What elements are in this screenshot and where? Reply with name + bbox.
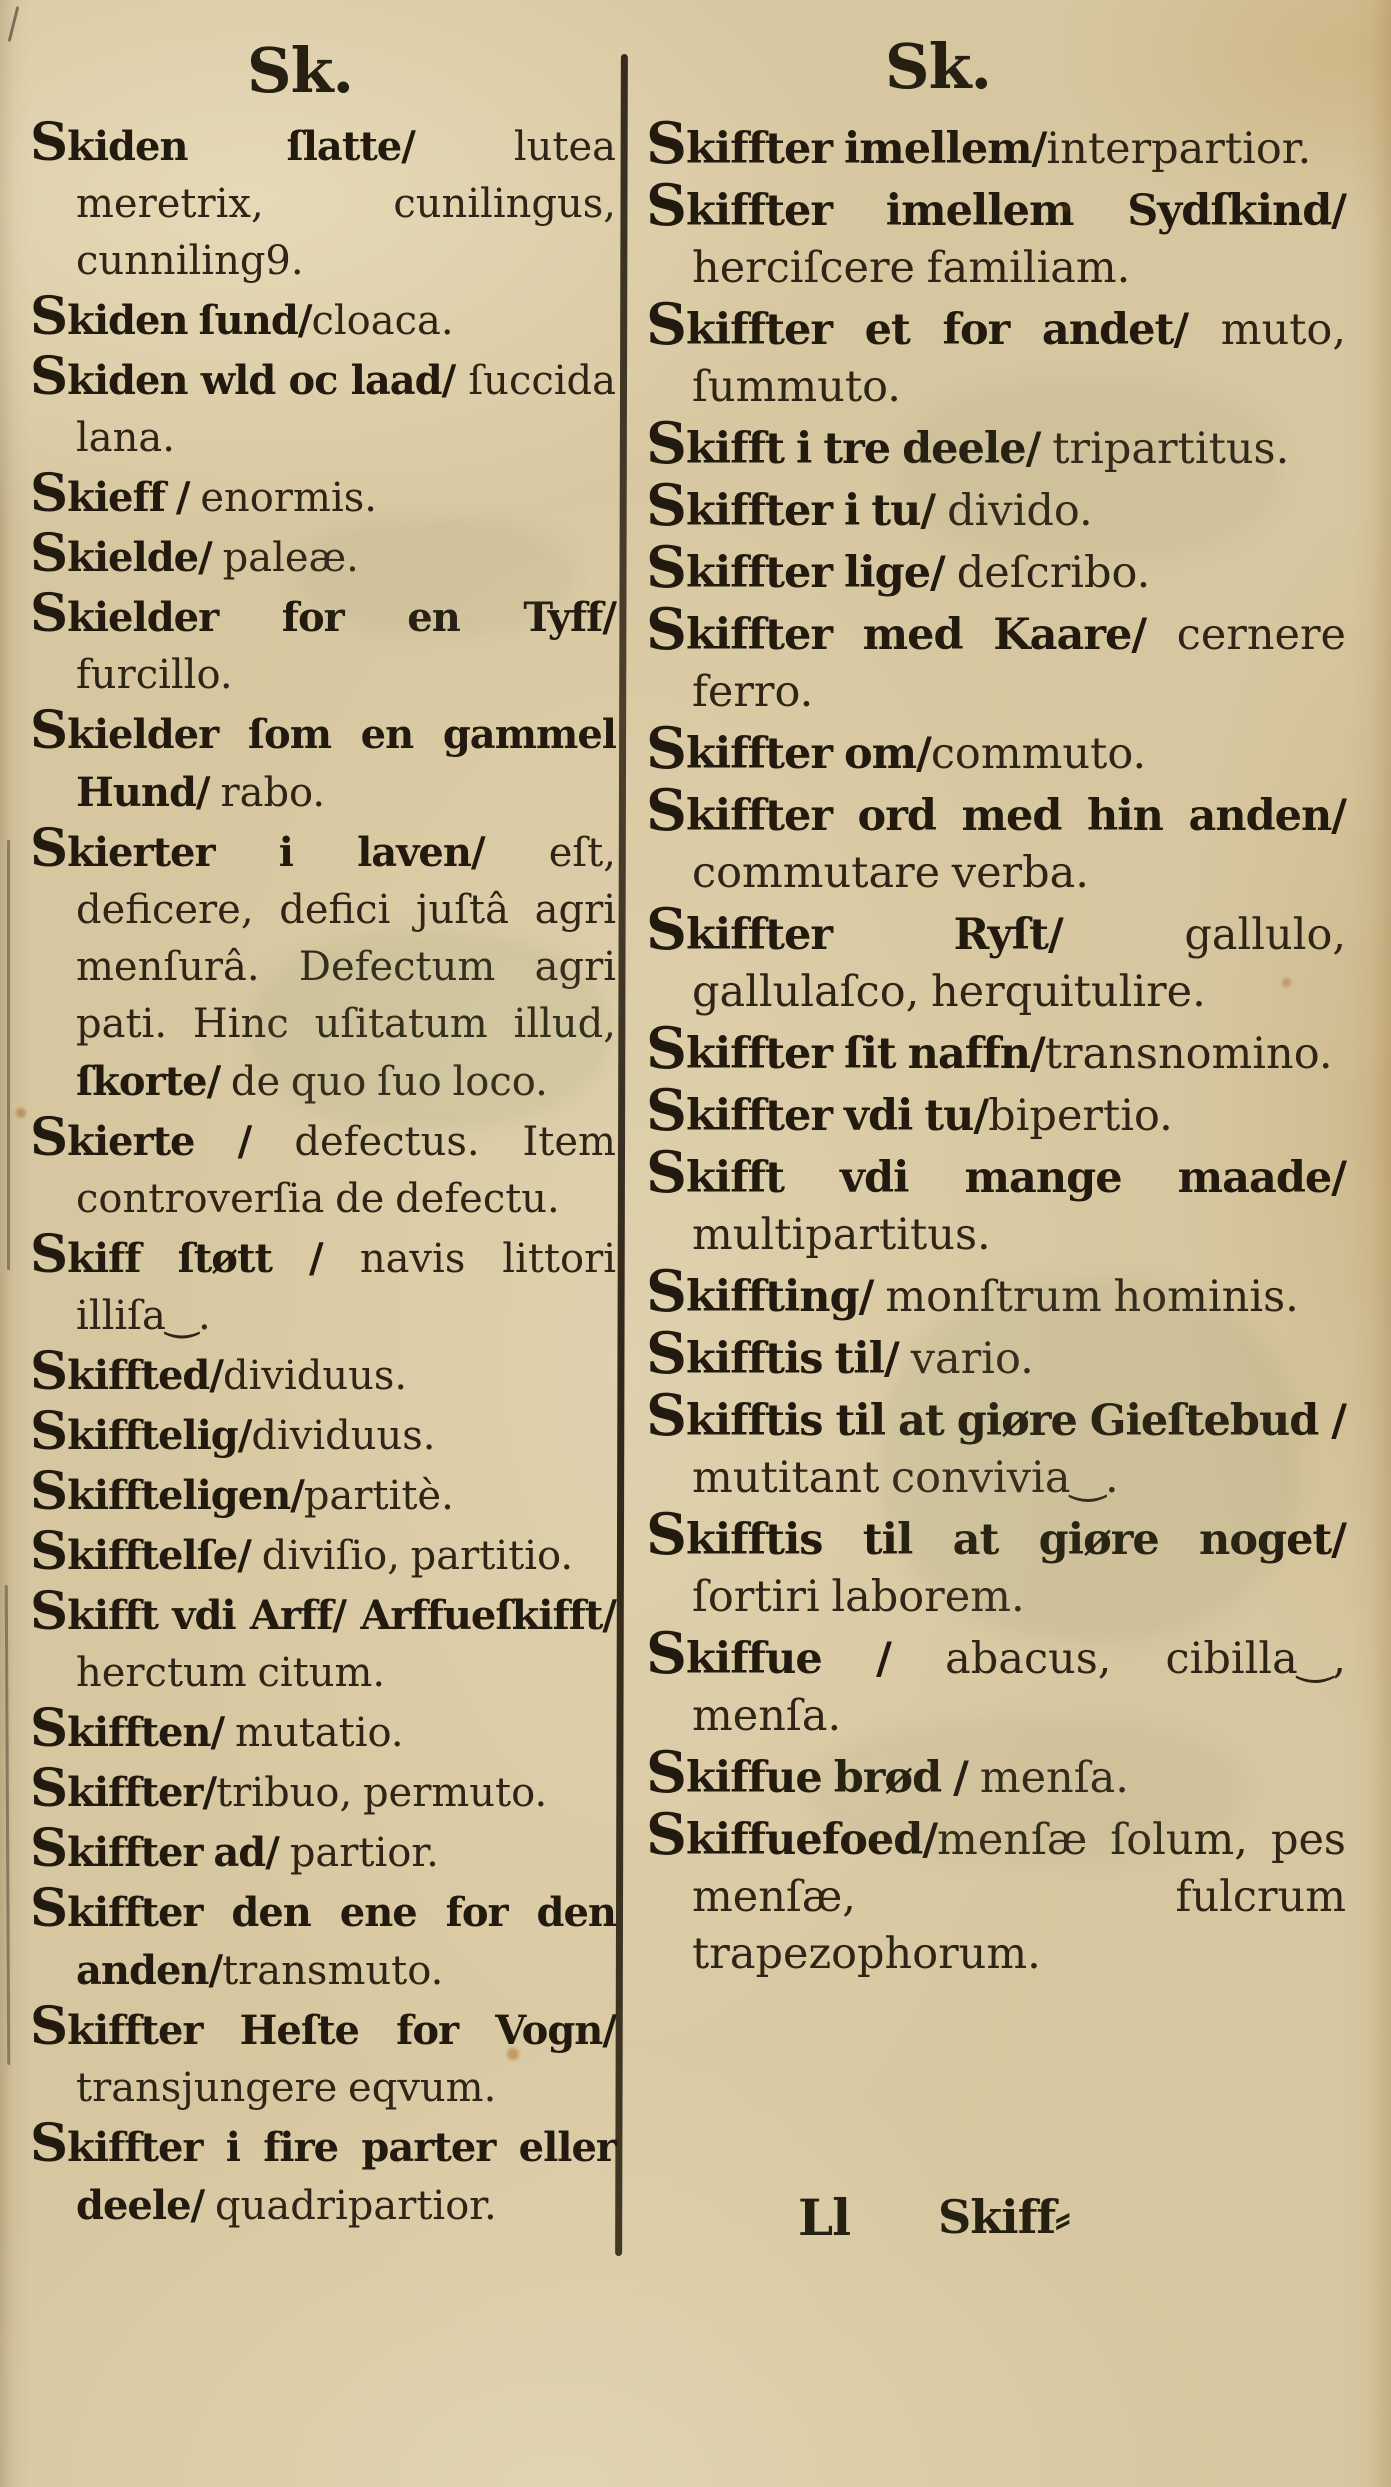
- headword: Skieff /: [30, 474, 200, 521]
- definition: mutatio.: [235, 1710, 404, 1756]
- dictionary-entry: Skiffter lige/ deſcribo.: [646, 540, 1346, 602]
- definition: rabo.: [220, 770, 325, 816]
- definition: transnomino.: [1045, 1029, 1333, 1079]
- headword: Skiffuefoed/: [646, 1815, 937, 1865]
- dictionary-entry: Skifftis til/ vario.: [646, 1326, 1346, 1388]
- dictionary-entry: Skielde/ paleæ.: [30, 527, 616, 587]
- page-edge-line: [5, 1585, 11, 2065]
- definition: partior.: [290, 1830, 439, 1876]
- definition: paleæ.: [223, 535, 359, 581]
- dictionary-entry: Skifft vdi mange maade/ multipartitus.: [646, 1145, 1346, 1264]
- dictionary-entry: Skiffter et for andet/ muto, ſummuto.: [646, 297, 1346, 416]
- catchword: Skiff⸗: [938, 2190, 1069, 2244]
- dictionary-entry: Skierter i laven/ eſt, deficere, defici …: [30, 822, 616, 1111]
- column-right: Skiffter imellem/interpartior.Skiffter i…: [646, 116, 1346, 1983]
- dictionary-entry: Skiffteligen/partitè.: [30, 1465, 616, 1525]
- dictionary-page: Sk. Sk. Skiden ſlatte/ lutea meretrix, c…: [0, 0, 1391, 2487]
- dictionary-entry: Skiffter imellem Sydſkind/ herciſcere fa…: [646, 178, 1346, 297]
- headword: Skiffter imellem/: [646, 124, 1046, 174]
- headword: Skiffter ord med hin anden/: [646, 791, 1346, 841]
- definition: ſortiri laborem.: [692, 1572, 1025, 1622]
- dictionary-entry: Skifftis til at giøre Gieſtebud / mutita…: [646, 1388, 1346, 1507]
- dictionary-entry: Skiffter ſit naffn/transnomino.: [646, 1021, 1346, 1083]
- headword: Skiffue brød /: [646, 1753, 980, 1803]
- definition: herciſcere familiam.: [692, 243, 1130, 293]
- headword: Skiffue /: [646, 1634, 945, 1684]
- quire-signature: Ll: [798, 2188, 850, 2247]
- definition: transmuto.: [222, 1948, 443, 1994]
- dictionary-entry: Skiffter den ene for den anden/transmuto…: [30, 1882, 616, 2000]
- headword: Skifft vdi mange maade/: [646, 1153, 1346, 1203]
- pen-mark: [8, 6, 20, 42]
- embedded-headword: ſkorte/: [76, 1058, 220, 1105]
- dictionary-entry: Skiffter med Kaare/ cernere ferro.: [646, 602, 1346, 721]
- dictionary-entry: Skielder for en Tyff/ furcillo.: [30, 587, 616, 704]
- dictionary-entry: Skifften/ mutatio.: [30, 1702, 616, 1762]
- headword: Skiffter/: [30, 1769, 216, 1816]
- dictionary-entry: Skiffted/dividuus.: [30, 1345, 616, 1405]
- definition: quadripartior.: [215, 2183, 497, 2229]
- headword: Skiffter Ryſt/: [646, 910, 1184, 960]
- definition: bipertio.: [988, 1091, 1173, 1141]
- dictionary-entry: Skielder ſom en gammel Hund/ rabo.: [30, 704, 616, 822]
- definition: monſtrum hominis.: [885, 1272, 1299, 1322]
- dictionary-entry: Skieff / enormis.: [30, 467, 616, 527]
- dictionary-entry: Skiff ſtøtt / navis littori illiſa‿.: [30, 1228, 616, 1345]
- headword: Skifften/: [30, 1709, 235, 1756]
- headword: Skifftis til at giøre Gieſtebud /: [646, 1396, 1346, 1446]
- definition: commutare verba.: [692, 848, 1089, 898]
- definition: interpartior.: [1046, 124, 1311, 174]
- headword: Skiden ſund/: [30, 297, 311, 344]
- dictionary-entry: Skiffuefoed/menſæ ſolum, pes menſæ, fulc…: [646, 1807, 1346, 1983]
- dictionary-entry: Skiden ſlatte/ lutea meretrix, cunilingu…: [30, 116, 616, 290]
- dictionary-entry: Skiffter Heſte for Vogn/ transjungere eq…: [30, 2000, 616, 2117]
- headword: Skielde/: [30, 534, 223, 581]
- headword: Skifftis til at giøre noget/: [646, 1515, 1346, 1565]
- headword: Skifftis til/: [646, 1334, 911, 1384]
- dictionary-entry: Skiffter i tu/ divido.: [646, 478, 1346, 540]
- dictionary-entry: Skiffter vdi tu/bipertio.: [646, 1083, 1346, 1145]
- dictionary-entry: Skierte / defectus. Item controverſia de…: [30, 1111, 616, 1228]
- definition: deſcribo.: [957, 548, 1151, 598]
- headword: Skierte /: [30, 1118, 294, 1165]
- definition: dividuus.: [251, 1413, 435, 1459]
- headword: Skifft i tre deele/: [646, 424, 1052, 474]
- dictionary-entry: Skifft i tre deele/ tripartitus.: [646, 416, 1346, 478]
- definition: mutitant convivia‿.: [692, 1453, 1119, 1503]
- definition: furcillo.: [76, 652, 233, 698]
- dictionary-entry: Skiffter ord med hin anden/ commutare ve…: [646, 783, 1346, 902]
- column-left: Skiden ſlatte/ lutea meretrix, cunilingu…: [30, 116, 616, 2235]
- headword: Skifftelig/: [30, 1412, 251, 1459]
- headword: Skiffted/: [30, 1352, 223, 1399]
- dictionary-entry: Skifft vdi Arff/ Arffueſkifft/ herctum c…: [30, 1585, 616, 1702]
- definition-continued: de quo ſuo loco.: [220, 1059, 548, 1105]
- dictionary-entry: Skiffue brød / menſa.: [646, 1745, 1346, 1807]
- headword: Skiden ſlatte/: [30, 123, 514, 170]
- headword: Skiffter om/: [646, 729, 931, 779]
- dictionary-entry: Skiden wld oc laad/ ſuccida lana.: [30, 350, 616, 467]
- headword: Skiffter et for andet/: [646, 305, 1221, 355]
- definition: tribuo, permuto.: [216, 1770, 547, 1816]
- headword: Skiffting/: [646, 1272, 885, 1322]
- definition: enormis.: [200, 475, 377, 521]
- definition: cloaca.: [311, 298, 453, 344]
- definition: herctum citum.: [76, 1650, 385, 1696]
- dictionary-entry: Skifftis til at giøre noget/ ſortiri lab…: [646, 1507, 1346, 1626]
- definition: vario.: [911, 1334, 1034, 1384]
- headword: Skiffter Heſte for Vogn/: [30, 2007, 616, 2054]
- dictionary-entry: Skifftelſe/ diviſio, partitio.: [30, 1525, 616, 1585]
- headword: Skiffter i tu/: [646, 486, 947, 536]
- headword: Skierter i laven/: [30, 829, 549, 876]
- running-head-right: Sk.: [858, 30, 1018, 103]
- page-edge-line: [7, 840, 10, 1270]
- headword: Skiff ſtøtt /: [30, 1235, 360, 1282]
- definition: diviſio, partitio.: [262, 1533, 573, 1579]
- definition: divido.: [947, 486, 1093, 536]
- definition: tripartitus.: [1052, 424, 1289, 474]
- dictionary-entry: Skiffter ad/ partior.: [30, 1822, 616, 1882]
- column-divider-rule: [615, 54, 628, 2256]
- dictionary-entry: Skiffue / abacus, cibilla‿, menſa.: [646, 1626, 1346, 1745]
- headword: Skifftelſe/: [30, 1532, 262, 1579]
- definition: partitè.: [304, 1473, 454, 1519]
- definition: dividuus.: [223, 1353, 407, 1399]
- dictionary-entry: Skiffter om/commuto.: [646, 721, 1346, 783]
- definition: commuto.: [931, 729, 1146, 779]
- definition: transjungere eqvum.: [76, 2065, 496, 2111]
- headword: Skiden wld oc laad/: [30, 357, 468, 404]
- headword: Skiffter vdi tu/: [646, 1091, 988, 1141]
- definition: menſa.: [980, 1753, 1129, 1803]
- headword: Skiffteligen/: [30, 1472, 304, 1519]
- headword: Skielder for en Tyff/: [30, 594, 616, 641]
- dictionary-entry: Skiffter i fire parter eller deele/ quad…: [30, 2117, 616, 2235]
- dictionary-entry: Skiffter Ryſt/ gallulo, gallulaſco, herq…: [646, 902, 1346, 1021]
- dictionary-entry: Skiden ſund/cloaca.: [30, 290, 616, 350]
- running-head-left: Sk.: [220, 34, 380, 107]
- headword: Skiffter ſit naffn/: [646, 1029, 1045, 1079]
- headword: Skiffter ad/: [30, 1829, 290, 1876]
- headword: Skiffter med Kaare/: [646, 610, 1177, 660]
- dictionary-entry: Skifftelig/dividuus.: [30, 1405, 616, 1465]
- dictionary-entry: Skiffting/ monſtrum hominis.: [646, 1264, 1346, 1326]
- headword: Skiffter lige/: [646, 548, 957, 598]
- fox-spot: [16, 1108, 26, 1118]
- headword: Skiffter imellem Sydſkind/: [646, 186, 1346, 236]
- dictionary-entry: Skiffter/tribuo, permuto.: [30, 1762, 616, 1822]
- definition: multipartitus.: [692, 1210, 991, 1260]
- headword: Skifft vdi Arff/ Arffueſkifft/: [30, 1592, 616, 1639]
- dictionary-entry: Skiffter imellem/interpartior.: [646, 116, 1346, 178]
